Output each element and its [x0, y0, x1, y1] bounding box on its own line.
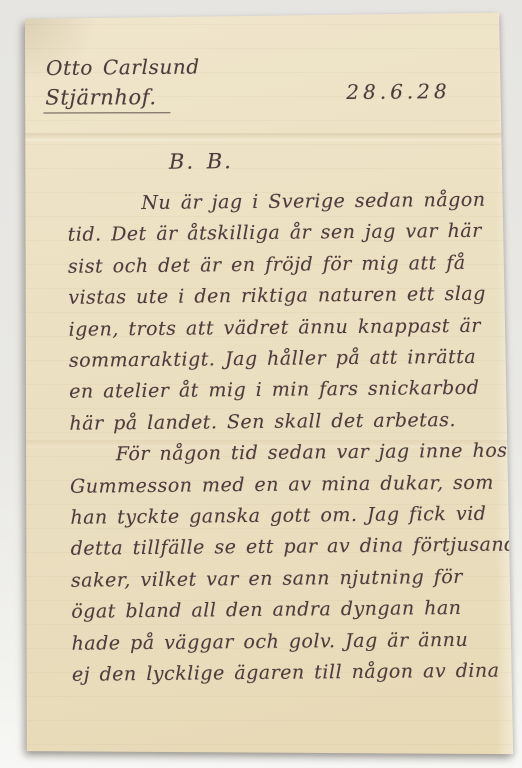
letter-line: För någon tid sedan var jag inne hos [116, 436, 510, 471]
letter-line: hade på väggar och golv. Jag är ännu [71, 624, 511, 660]
sender-name: Otto Carlsund [46, 54, 200, 79]
letter-line: ej den lycklige ägaren till någon av din… [72, 656, 512, 692]
letter-date: 28.6.28 [346, 79, 451, 104]
letter-line: sist och det är en fröjd för mig att få [68, 247, 508, 283]
letter-line: ögat bland all den andra dyngan han [71, 593, 511, 629]
letter-body: Nu är jag i Sverige sedan någon tid. Det… [67, 185, 512, 692]
letter-line: Gummesson med en av mina dukar, som [70, 467, 510, 503]
letter-line: sommaraktigt. Jag håller på att inrätta [69, 342, 509, 378]
letter-line: igen, trots att vädret ännu knappast är [68, 310, 508, 346]
letter-line: han tyckte ganska gott om. Jag fick vid [70, 499, 510, 535]
letter-line: tid. Det är åtskilliga år sen jag var hä… [68, 216, 508, 252]
letter-line: saker, vilket var en sann njutning för [71, 561, 511, 597]
photo-background: Otto Carlsund Stjärnhof. 28.6.28 B. B. N… [0, 0, 522, 768]
letter-line: detta tillfälle se ett par av dina förtj… [71, 530, 511, 566]
letter-line: Nu är jag i Sverige sedan någon [141, 185, 507, 220]
handwriting-layer: Otto Carlsund Stjärnhof. 28.6.28 B. B. N… [0, 0, 522, 768]
salutation: B. B. [169, 149, 233, 174]
sender-location: Stjärnhof. [43, 85, 170, 113]
paper-shadow: Otto Carlsund Stjärnhof. 28.6.28 B. B. N… [0, 0, 522, 768]
letter-line: vistas ute i den riktiga naturen ett sla… [68, 279, 508, 315]
letter-line: en atelier åt mig i min fars snickarbod [69, 373, 509, 409]
letter-line: här på landet. Sen skall det arbetas. [69, 404, 509, 440]
letter-paper: Otto Carlsund Stjärnhof. 28.6.28 B. B. N… [0, 0, 522, 768]
